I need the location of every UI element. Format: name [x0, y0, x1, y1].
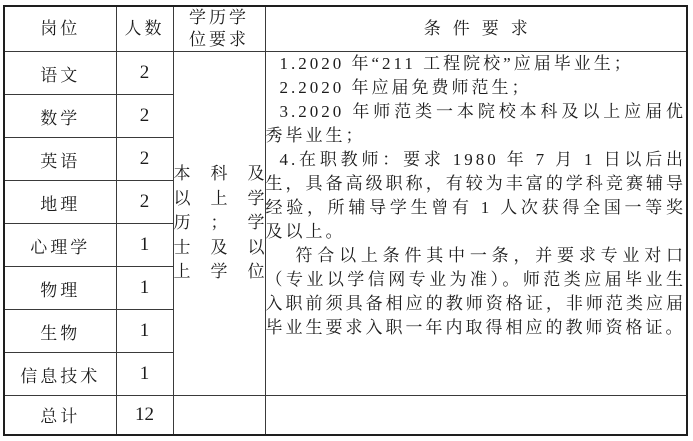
subject-cell: 数学: [4, 95, 116, 138]
subject-cell: 物理: [4, 267, 116, 310]
count-cell: 2: [116, 181, 173, 224]
condition-item-4: 4.在职教师：要求 1980 年 7 月 1 日以后出生，具备高级职称，有较为丰…: [266, 148, 687, 244]
total-label-cell: 总计: [4, 396, 116, 435]
degree-line: 本科及: [174, 162, 265, 187]
count-cell: 1: [116, 353, 173, 396]
count-cell: 1: [116, 310, 173, 353]
degree-line: 士及以: [174, 236, 265, 261]
conditions-cell: 1.2020 年“211 工程院校”应届毕业生； 2.2020 年应届免费师范生…: [265, 52, 687, 396]
total-conditions-empty-cell: [265, 396, 687, 435]
condition-summary: 符合以上条件其中一条，并要求专业对口（专业以学信网专业为准）。师范类应届毕业生入…: [266, 244, 687, 340]
condition-item-3: 3.2020 年师范类一本院校本科及以上应届优秀毕业生；: [266, 100, 687, 148]
total-degree-empty-cell: [173, 396, 265, 435]
degree-line: 历；学: [174, 211, 265, 236]
table-total-row: 总计 12: [4, 396, 687, 435]
header-conditions: 条件要求: [265, 6, 687, 52]
header-degree-requirement: 学历学位要求: [173, 6, 265, 52]
table-row: 语文 2 本科及 以上学 历；学 士及以 上学位 1.2020 年“211 工程…: [4, 52, 687, 95]
count-cell: 2: [116, 138, 173, 181]
subject-cell: 语文: [4, 52, 116, 95]
count-cell: 2: [116, 52, 173, 95]
subject-cell: 英语: [4, 138, 116, 181]
subject-cell: 生物: [4, 310, 116, 353]
count-cell: 2: [116, 95, 173, 138]
degree-line: 上学位: [174, 260, 265, 285]
condition-item-2: 2.2020 年应届免费师范生；: [266, 76, 687, 100]
header-position: 岗位: [4, 6, 116, 52]
header-count: 人数: [116, 6, 173, 52]
condition-item-1: 1.2020 年“211 工程院校”应届毕业生；: [266, 52, 687, 76]
total-count-cell: 12: [116, 396, 173, 435]
subject-cell: 心理学: [4, 224, 116, 267]
subject-cell: 信息技术: [4, 353, 116, 396]
document-page: 岗位 人数 学历学位要求 条件要求 语文 2 本科及 以上学 历；学 士及以 上…: [0, 0, 693, 441]
degree-requirement-cell: 本科及 以上学 历；学 士及以 上学位: [173, 52, 265, 396]
table-header-row: 岗位 人数 学历学位要求 条件要求: [4, 6, 687, 52]
count-cell: 1: [116, 267, 173, 310]
recruitment-table: 岗位 人数 学历学位要求 条件要求 语文 2 本科及 以上学 历；学 士及以 上…: [3, 5, 688, 436]
subject-cell: 地理: [4, 181, 116, 224]
degree-line: 以上学: [174, 187, 265, 212]
count-cell: 1: [116, 224, 173, 267]
